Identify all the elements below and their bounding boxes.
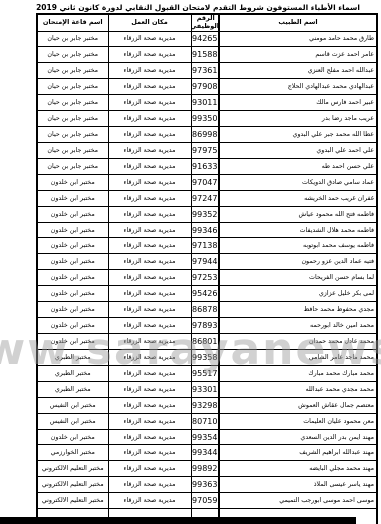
cell-exam-hall: مختبر التعليم الالكتروني [37, 477, 108, 493]
cell-workplace: مديرية صحة الزرقاء [108, 286, 191, 302]
cell-employee-id: 86998 [191, 127, 219, 143]
cell-workplace: مديرية صحة الزرقاء [108, 302, 191, 318]
cell-exam-hall: مختبر الطبري [37, 365, 108, 381]
cell-workplace: مديرية صحة الزرقاء [108, 397, 191, 413]
cell-employee-id: 93298 [191, 397, 219, 413]
cell-doctor-name: محمد امين خالد ابورحمه [219, 318, 377, 334]
cell-workplace: مديرية صحة الزرقاء [108, 79, 191, 95]
cell-workplace: مديرية صحة الزرقاء [108, 238, 191, 254]
cell-doctor-name: فتيه عماد الدين عزو رحمون [219, 254, 377, 270]
cell-doctor-name: موسى احمد موسى ابورجب التميمي [219, 493, 377, 509]
cell-exam-hall: مختبر جابر بن حيان [37, 127, 108, 143]
cell-doctor-name: علي حسن احمد طه [219, 158, 377, 174]
cell-exam-hall: مختبر ابن خلدون [37, 302, 108, 318]
cell-exam-hall: مختبر ابن خلدون [37, 318, 108, 334]
cell-exam-hall: مختبر جابر بن حيان [37, 158, 108, 174]
cell-employee-id: 99350 [191, 111, 219, 127]
cell-doctor-name: غفران غريب حمد الخريشه [219, 190, 377, 206]
cell-exam-hall: مختبر ابن خلدون [37, 334, 108, 350]
cell-exam-hall: مختبر جابر بن حيان [37, 95, 108, 111]
cell-exam-hall: مختبر ابن خلدون [37, 270, 108, 286]
header-exam-hall: اسم قاعة الإمتحان [37, 14, 108, 31]
cell-doctor-name: معن محمود عليان العليمات [219, 413, 377, 429]
table-row: عريب ماجد رضا بدر 99350 مديرية صحة الزرق… [37, 111, 377, 127]
cell-doctor-name: مهند ايمن بدر الدين السعدي [219, 429, 377, 445]
cell-employee-id: 97138 [191, 238, 219, 254]
cell-workplace: مديرية صحة الزرقاء [108, 222, 191, 238]
table-row: مهند عبدالله ابراهيم الشريف 99344 مديرية… [37, 445, 377, 461]
table-row: لمى بكر خليل عزازي 95426 مديرية صحة الزر… [37, 286, 377, 302]
header-doctor-name: اسم الطبيب [219, 14, 377, 31]
cell-employee-id: 91633 [191, 158, 219, 174]
cell-exam-hall: مختبر ابن خلدون [37, 174, 108, 190]
cell-doctor-name: لمى بكر خليل عزازي [219, 286, 377, 302]
table-row: عبدالله احمد مفلح العنزي 97361 مديرية صح… [37, 63, 377, 79]
header-employee-id: الرقم الوظيفي [191, 14, 219, 31]
cell-doctor-name: علي احمد علي البدوي [219, 142, 377, 158]
cell-employee-id: 97047 [191, 174, 219, 190]
cell-doctor-name: معتصم جمال عقاش العموش [219, 397, 377, 413]
cell-doctor-name: مهند محمد مجلي البايضه [219, 461, 377, 477]
cell-employee-id: 99346 [191, 222, 219, 238]
table-row: علي حسن احمد طه 91633 مديرية صحة الزرقاء… [37, 158, 377, 174]
table-row: عماد سامي صادق الدويكات 97047 مديرية صحة… [37, 174, 377, 190]
cell-doctor-name: فاطمه يوسف محمد ابوتوبه [219, 238, 377, 254]
table-row: موسى احمد موسى ابورجب التميمي 97059 مدير… [37, 493, 377, 509]
cell-exam-hall: مختبر ابن خلدون [37, 206, 108, 222]
cell-workplace: مديرية صحة الزرقاء [108, 381, 191, 397]
cell-doctor-name: مهند عبدالله ابراهيم الشريف [219, 445, 377, 461]
table-row: عبدالهادي محمد عبدالهادي الحلاج 97908 مد… [37, 79, 377, 95]
cell-exam-hall: مختبر جابر بن حيان [37, 63, 108, 79]
cell-employee-id: 91588 [191, 47, 219, 63]
cell-exam-hall: مختبر جابر بن حيان [37, 142, 108, 158]
cell-workplace: مديرية صحة الزرقاء [108, 334, 191, 350]
cell-employee-id: 93301 [191, 381, 219, 397]
table-row: عبير احمد فارس مالك 93011 مديرية صحة الز… [37, 95, 377, 111]
cell-doctor-name: فاطمه فتح الله محمود عياش [219, 206, 377, 222]
table-row: مهند محمد مجلي البايضه 99892 مديرية صحة … [37, 461, 377, 477]
cell-employee-id: 99363 [191, 477, 219, 493]
table-row: طارق محمد حامد مومني 94265 مديرية صحة ال… [37, 31, 377, 47]
cell-workplace: مديرية صحة الزرقاء [108, 206, 191, 222]
cell-workplace: مديرية صحة الزرقاء [108, 461, 191, 477]
cell-employee-id: 94265 [191, 31, 219, 47]
cell-workplace: مديرية صحة الزرقاء [108, 174, 191, 190]
table-row: فاطمه يوسف محمد ابوتوبه 97138 مديرية صحة… [37, 238, 377, 254]
cell-workplace: مديرية صحة الزرقاء [108, 429, 191, 445]
cell-exam-hall: مختبر ابن النفيس [37, 413, 108, 429]
cell-employee-id: 99892 [191, 461, 219, 477]
table-row: فاطمه فتح الله محمود عياش 99352 مديرية ص… [37, 206, 377, 222]
cell-employee-id: 97253 [191, 270, 219, 286]
cell-employee-id: 99344 [191, 445, 219, 461]
cell-employee-id: 97361 [191, 63, 219, 79]
table-row: عامر احمد عزت قاسم 91588 مديرية صحة الزر… [37, 47, 377, 63]
cell-workplace: مديرية صحة الزرقاء [108, 142, 191, 158]
table-row: محمد مجدي محمد عبدالله 93301 مديرية صحة … [37, 381, 377, 397]
cell-exam-hall: مختبر ابن خلدون [37, 222, 108, 238]
cell-workplace: مديرية صحة الزرقاء [108, 270, 191, 286]
cell-employee-id: 93011 [191, 95, 219, 111]
cell-workplace: مديرية صحة الزرقاء [108, 158, 191, 174]
cell-workplace: مديرية صحة الزرقاء [108, 254, 191, 270]
cell-employee-id: 97975 [191, 142, 219, 158]
cell-doctor-name: عامر احمد عزت قاسم [219, 47, 377, 63]
cell-employee-id: 97893 [191, 318, 219, 334]
cell-workplace: مديرية صحة الزرقاء [108, 318, 191, 334]
cell-workplace: مديرية صحة الزرقاء [108, 445, 191, 461]
cell-workplace: مديرية صحة الزرقاء [108, 349, 191, 365]
cell-doctor-name: عريب ماجد رضا بدر [219, 111, 377, 127]
table-row: محمد امين خالد ابورحمه 97893 مديرية صحة … [37, 318, 377, 334]
table-body: طارق محمد حامد مومني 94265 مديرية صحة ال… [37, 31, 377, 524]
table-row: غفران غريب حمد الخريشه 97247 مديرية صحة … [37, 190, 377, 206]
header-workplace: مكان العمل [108, 14, 191, 31]
cell-exam-hall: مختبر ابن خلدون [37, 429, 108, 445]
cell-doctor-name: عبدالله احمد مفلح العنزي [219, 63, 377, 79]
cell-exam-hall: مختبر الطبري [37, 349, 108, 365]
cell-exam-hall: مختبر التعليم الالكتروني [37, 461, 108, 477]
table-row: محمد مبارك محمد مبارك 95517 مديرية صحة ا… [37, 365, 377, 381]
cell-exam-hall: مختبر ابن خلدون [37, 238, 108, 254]
cell-workplace: مديرية صحة الزرقاء [108, 493, 191, 509]
table-header: اسم الطبيب الرقم الوظيفي مكان العمل اسم … [37, 14, 377, 31]
table-row: فاطمه محمد هلال الشديفات 99346 مديرية صح… [37, 222, 377, 238]
cell-doctor-name: لما بسام حسن الفريحات [219, 270, 377, 286]
cell-exam-hall: مختبر التعليم الالكتروني [37, 493, 108, 509]
cell-doctor-name: محمد عادل محمد حمدان [219, 334, 377, 350]
cell-workplace: مديرية صحة الزرقاء [108, 127, 191, 143]
table-row: محمد ماجد عامر الشامي 99358 مديرية صحة ا… [37, 349, 377, 365]
cell-doctor-name: عماد سامي صادق الدويكات [219, 174, 377, 190]
cell-exam-hall: مختبر جابر بن حيان [37, 79, 108, 95]
cell-employee-id: 97944 [191, 254, 219, 270]
cell-employee-id: 99352 [191, 206, 219, 222]
cell-employee-id: 86878 [191, 302, 219, 318]
cell-workplace: مديرية صحة الزرقاء [108, 47, 191, 63]
cell-exam-hall: مختبر جابر بن حيان [37, 31, 108, 47]
cell-exam-hall: مختبر الخوارزمي [37, 445, 108, 461]
cell-employee-id: 99358 [191, 349, 219, 365]
header-row: اسم الطبيب الرقم الوظيفي مكان العمل اسم … [37, 14, 377, 31]
cell-exam-hall: مختبر ابن النفيس [37, 397, 108, 413]
table-row: علي احمد علي البدوي 97975 مديرية صحة الز… [37, 142, 377, 158]
table-row: مهند ايمن بدر الدين السعدي 99354 مديرية … [37, 429, 377, 445]
cell-employee-id: 97908 [191, 79, 219, 95]
cell-doctor-name: مجدي محفوظ محمد حافظ [219, 302, 377, 318]
cell-doctor-name: فاطمه محمد هلال الشديفات [219, 222, 377, 238]
cell-employee-id: 86801 [191, 334, 219, 350]
cell-employee-id: 95517 [191, 365, 219, 381]
table-row: معن محمود عليان العليمات 80710 مديرية صح… [37, 413, 377, 429]
cell-workplace: مديرية صحة الزرقاء [108, 413, 191, 429]
cell-workplace: مديرية صحة الزرقاء [108, 31, 191, 47]
table-row: مجدي محفوظ محمد حافظ 86878 مديرية صحة ال… [37, 302, 377, 318]
cell-workplace: مديرية صحة الزرقاء [108, 95, 191, 111]
cell-workplace: مديرية صحة الزرقاء [108, 190, 191, 206]
page-title: اسماء الأطباء المستوفون شروط التقدم لامت… [15, 3, 381, 12]
cell-doctor-name: طارق محمد حامد مومني [219, 31, 377, 47]
cell-doctor-name: محمد مبارك محمد مبارك [219, 365, 377, 381]
table-row: محمد عادل محمد حمدان 86801 مديرية صحة ال… [37, 334, 377, 350]
cell-doctor-name: عطا الله محمد جبر علي البدوي [219, 127, 377, 143]
cell-employee-id: 97247 [191, 190, 219, 206]
table-row: فتيه عماد الدين عزو رحمون 97944 مديرية ص… [37, 254, 377, 270]
table-row: مهند ياسر عيسى الملاذ 99363 مديرية صحة ا… [37, 477, 377, 493]
cell-doctor-name: محمد مجدي محمد عبدالله [219, 381, 377, 397]
cell-exam-hall: مختبر جابر بن حيان [37, 111, 108, 127]
cell-workplace: مديرية صحة الزرقاء [108, 111, 191, 127]
cell-doctor-name: عبير احمد فارس مالك [219, 95, 377, 111]
cell-doctor-name: مهند ياسر عيسى الملاذ [219, 477, 377, 493]
bottom-black-bar [0, 517, 356, 524]
cell-doctor-name: عبدالهادي محمد عبدالهادي الحلاج [219, 79, 377, 95]
table-row: معتصم جمال عقاش العموش 93298 مديرية صحة … [37, 397, 377, 413]
cell-workplace: مديرية صحة الزرقاء [108, 365, 191, 381]
cell-exam-hall: مختبر ابن خلدون [37, 286, 108, 302]
cell-exam-hall: مختبر ابن خلدون [37, 254, 108, 270]
cell-exam-hall: مختبر الطبري [37, 381, 108, 397]
cell-employee-id: 99354 [191, 429, 219, 445]
cell-employee-id: 80710 [191, 413, 219, 429]
table-row: لما بسام حسن الفريحات 97253 مديرية صحة ا… [37, 270, 377, 286]
cell-exam-hall: مختبر ابن خلدون [37, 190, 108, 206]
cell-employee-id: 95426 [191, 286, 219, 302]
doctors-table: اسم الطبيب الرقم الوظيفي مكان العمل اسم … [36, 13, 378, 524]
cell-doctor-name: محمد ماجد عامر الشامي [219, 349, 377, 365]
table-row: عطا الله محمد جبر علي البدوي 86998 مديري… [37, 127, 377, 143]
cell-employee-id: 97059 [191, 493, 219, 509]
cell-exam-hall: مختبر جابر بن حيان [37, 47, 108, 63]
cell-workplace: مديرية صحة الزرقاء [108, 477, 191, 493]
cell-workplace: مديرية صحة الزرقاء [108, 63, 191, 79]
